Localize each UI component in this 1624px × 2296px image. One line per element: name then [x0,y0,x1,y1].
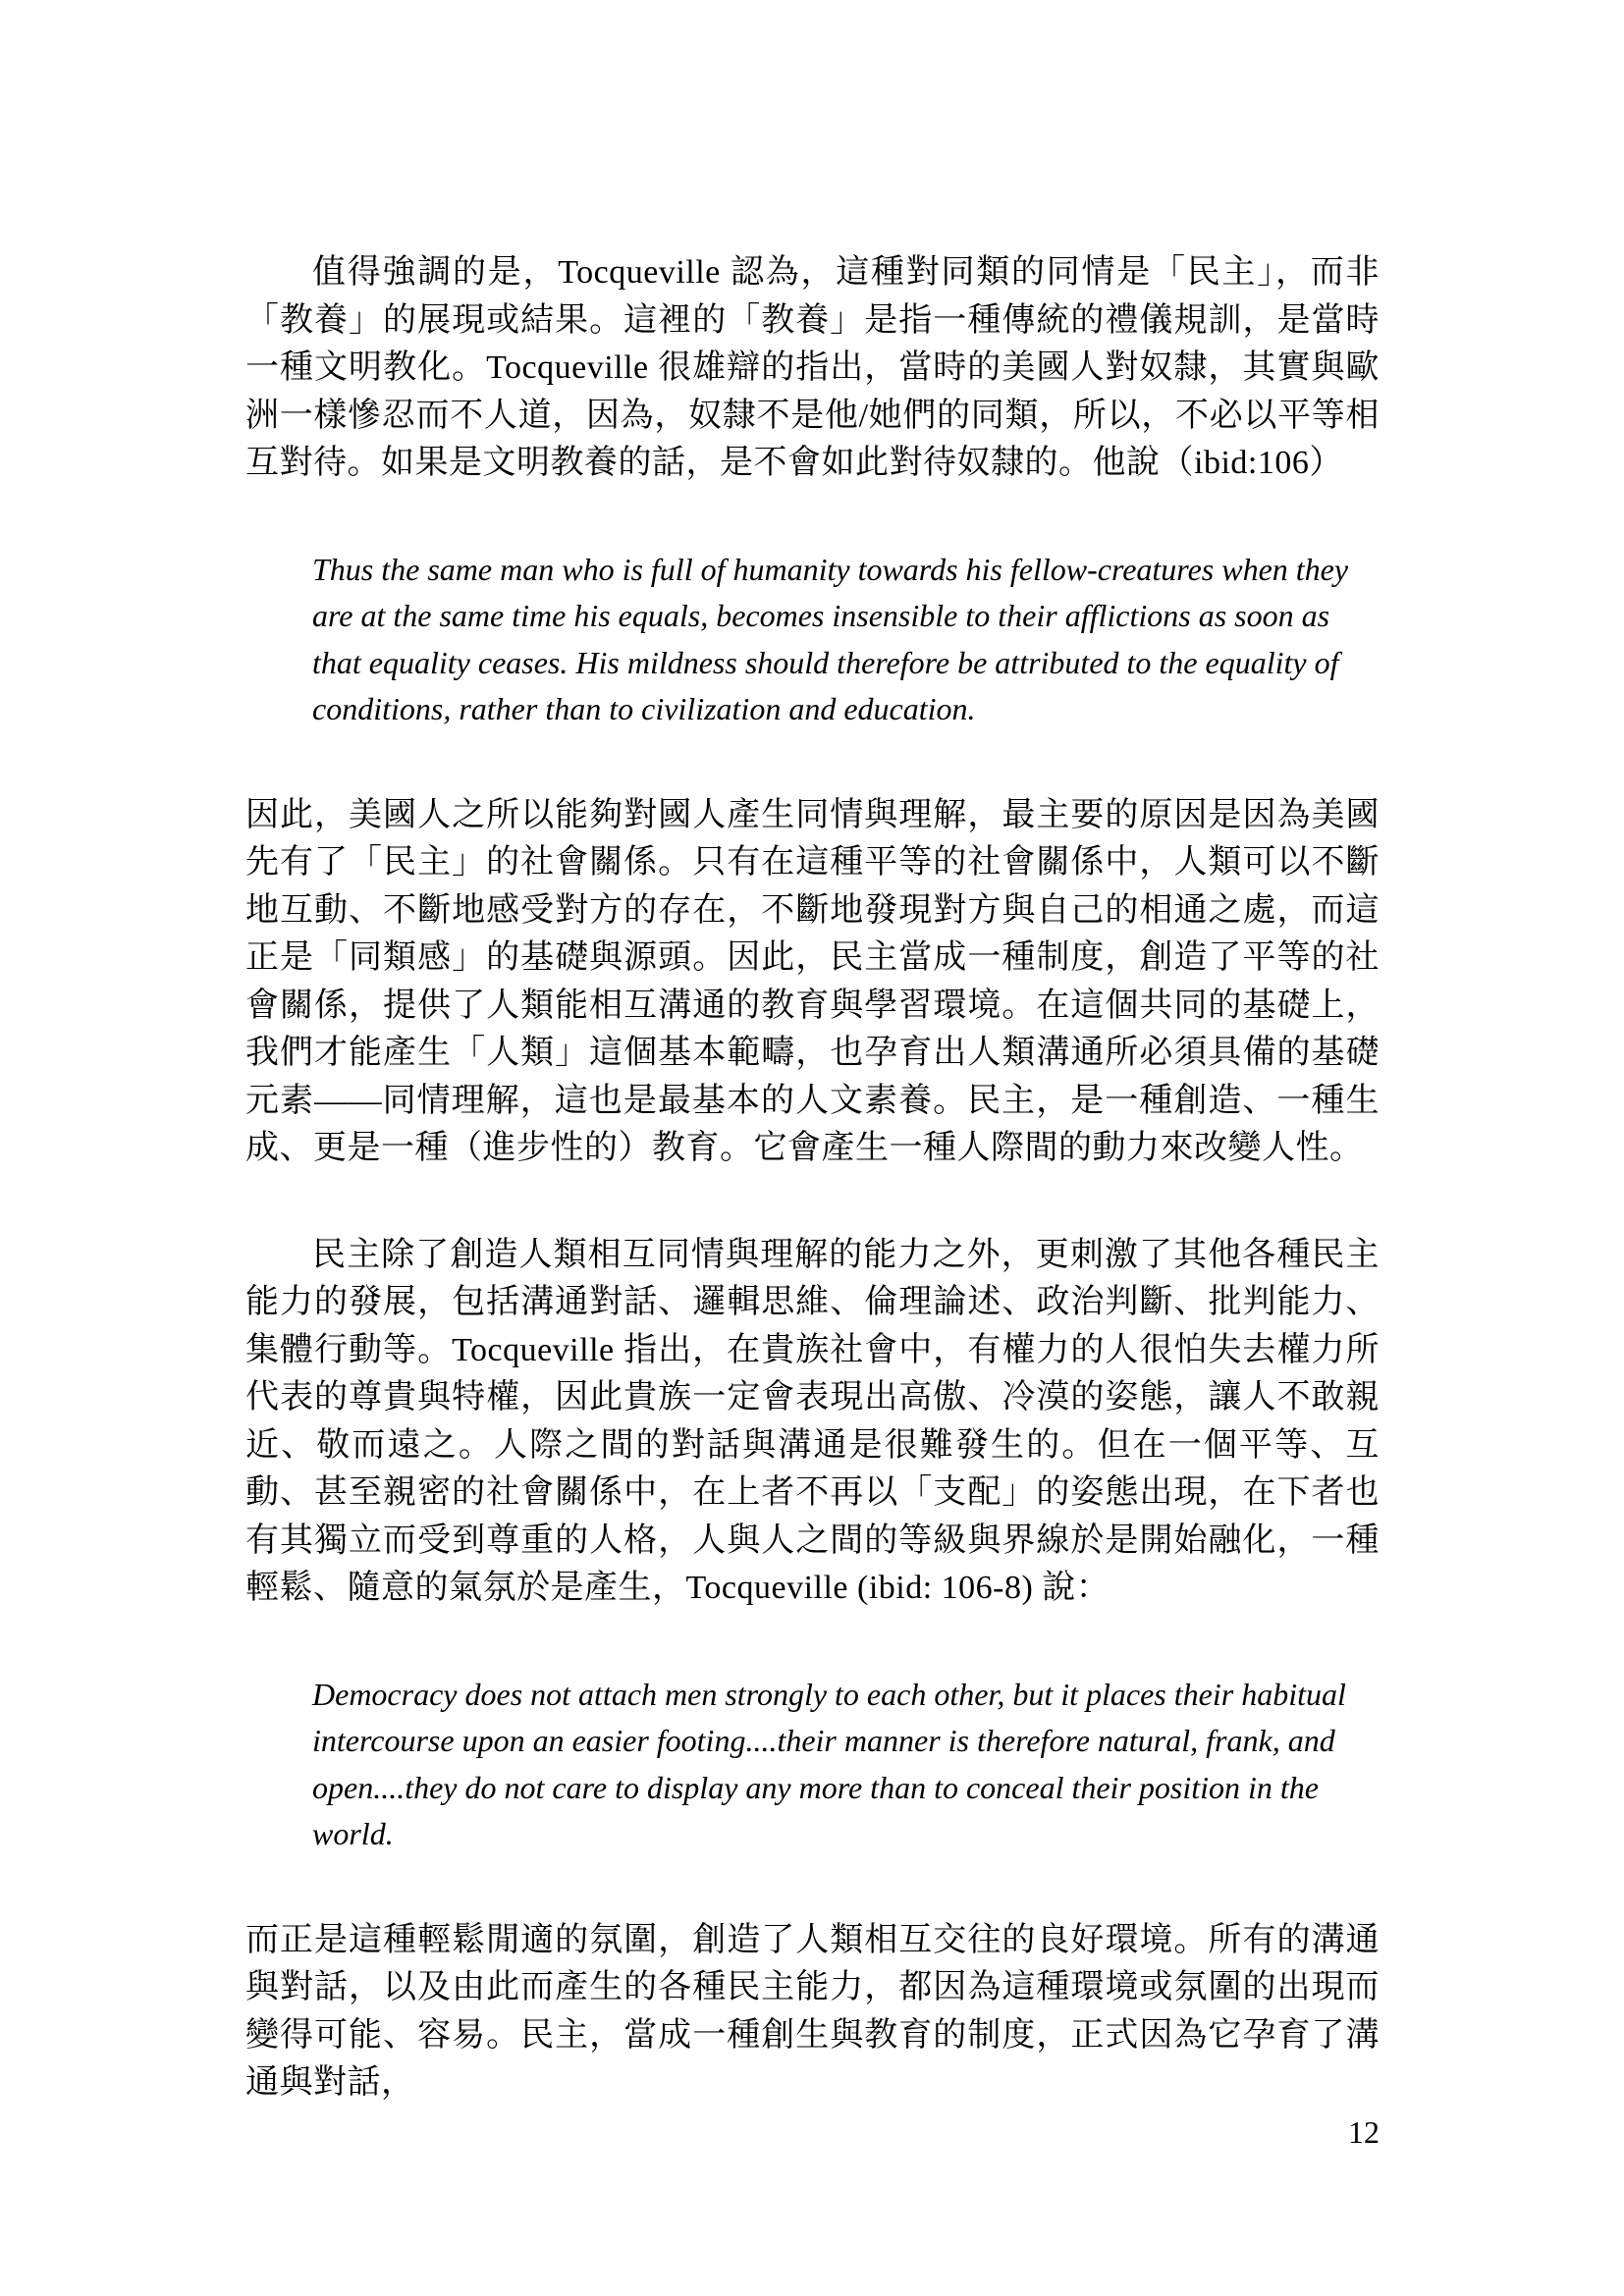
page-number: 12 [1348,2112,1380,2152]
document-page: 值得強調的是，Tocqueville 認為，這種對同類的同情是「民主」，而非「教… [0,0,1624,2296]
paragraph-tocqueville-civility: 值得強調的是，Tocqueville 認為，這種對同類的同情是「民主」，而非「教… [245,249,1380,488]
quote-humanity-equality: Thus the same man who is full of humanit… [312,547,1380,733]
quote-democracy-easier-footing: Democracy does not attach men strongly t… [312,1672,1380,1858]
paragraph-relaxed-atmosphere: 而正是這種輕鬆閒適的氛圍，創造了人類相互交往的良好環境。所有的溝通與對話，以及由… [245,1917,1380,2108]
paragraph-democratic-capacities: 民主除了創造人類相互同情與理解的能力之外，更刺激了其他各種民主能力的發展，包括溝… [245,1232,1380,1613]
paragraph-democracy-social-relations: 因此，美國人之所以能夠對國人產生同情與理解，最主要的原因是因為美國先有了「民主」… [245,792,1380,1173]
